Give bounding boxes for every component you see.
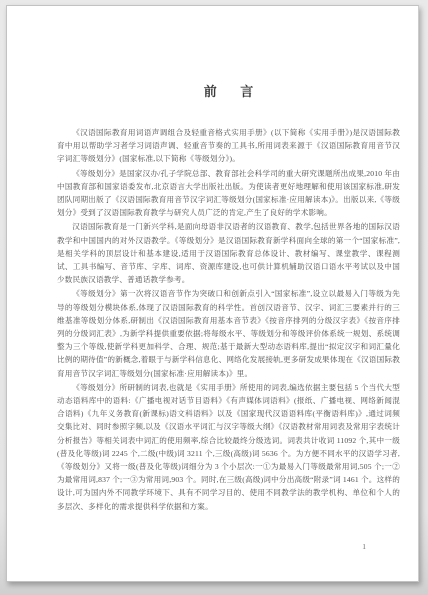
paragraph: 《汉语国际教育用词语声调组合及轻重音格式实用手册》(以下简称《实用手册》)是汉语… xyxy=(57,126,400,166)
page-title: 前 言 xyxy=(57,6,400,100)
paragraph: 《等级划分》所研制的词表,也就是《实用手册》所使用的词表,编选依据主要包括 5 … xyxy=(57,381,400,513)
document-background: 前 言 《汉语国际教育用词语声调组合及轻重音格式实用手册》(以下简称《实用手册》… xyxy=(0,0,428,595)
page-number: 1 xyxy=(362,542,366,551)
preface-body: 《汉语国际教育用词语声调组合及轻重音格式实用手册》(以下简称《实用手册》)是汉语… xyxy=(57,126,400,513)
paragraph: 汉语国际教育是一门新兴学科,是面向母语非汉语者的汉语教育、教学,包括世界各地的国… xyxy=(57,220,400,286)
paragraph: 《等级划分》是国家汉办/孔子学院总部、教育部社会科学司的重大研究课题所出成果,2… xyxy=(57,167,400,220)
paragraph: 《等级划分》第一次将汉语音节作为突破口和创新点引入“国家标准”,设立以最易入门等… xyxy=(57,287,400,379)
page-content: 前 言 《汉语国际教育用词语声调组合及轻重音格式实用手册》(以下简称《实用手册》… xyxy=(7,6,418,581)
document-page: 前 言 《汉语国际教育用词语声调组合及轻重音格式实用手册》(以下简称《实用手册》… xyxy=(6,5,419,582)
